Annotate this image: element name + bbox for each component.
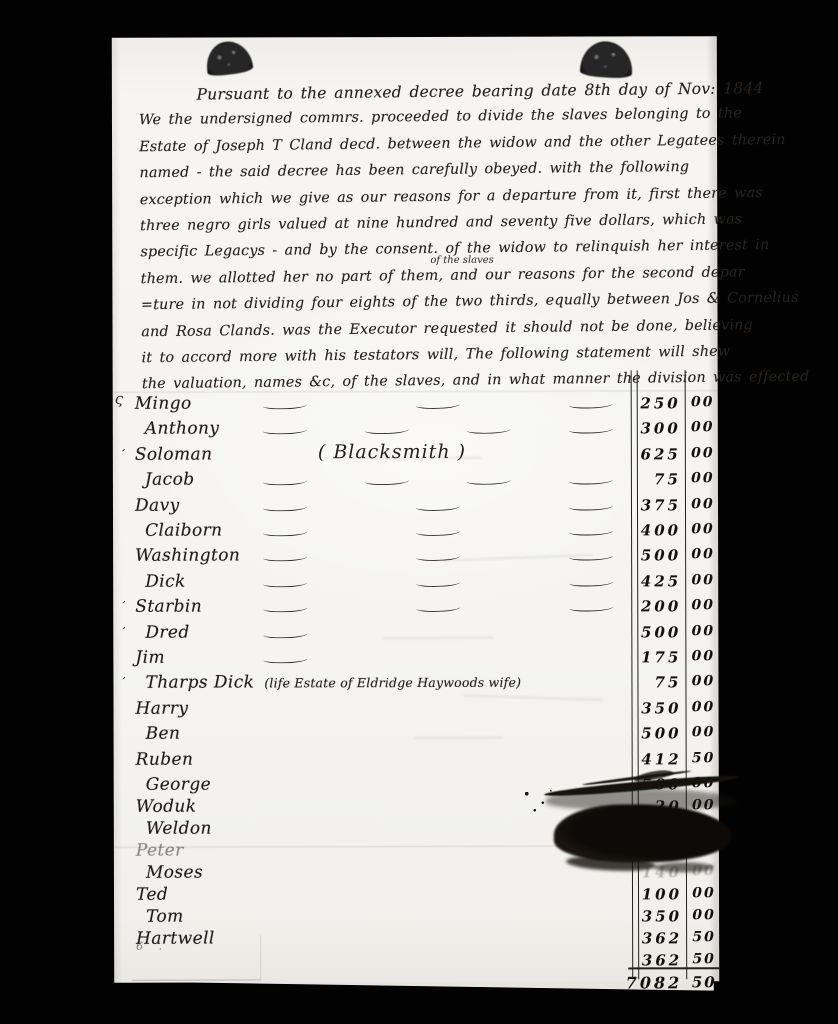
leader-dash [416,504,460,510]
document-page: Pursuant to the annexed decree bearing d… [112,36,719,983]
person-name: Tharps Dick(life Estate of Eldridge Hayw… [145,672,521,693]
value-cents: 00 [689,699,717,715]
person-name-text: Soloman [135,444,213,464]
dash-leaders [263,606,613,613]
table-row: Anthony 300 00 [113,418,718,444]
value-cents: 50 [690,929,718,945]
person-name-text: Jacob [145,470,195,490]
leader-dash [416,606,460,612]
leader-dash [263,479,307,485]
leader-dash [416,581,460,587]
scan-background: Pursuant to the annexed decree bearing d… [0,0,838,1024]
person-name-text: Peter [136,841,184,861]
leader-dash [569,606,613,612]
value-cents: 00 [689,521,717,537]
person-name: Weldon [146,819,212,839]
value-dollars: 75 [637,470,681,488]
leader-dash [569,479,613,485]
total-separator-rule [628,967,719,969]
value-dollars: 350 [638,907,682,925]
person-name-text: Jim [135,648,165,668]
person-name-text: Weldon [146,819,212,839]
dash-leaders [263,657,353,663]
person-name: Ruben [136,749,194,769]
leader-dash [416,403,460,409]
leader-dash [263,632,307,638]
leader-dash [263,403,307,409]
person-name: Davy [135,495,180,515]
value-cents: 00 [689,394,717,410]
value-cents: 00 [689,445,717,461]
margin-tick: ’ [120,675,127,688]
person-name: Hartwell [136,929,215,949]
value-cents: 00 [689,648,717,664]
leader-dash [569,428,613,434]
leader-dash [569,504,613,510]
person-name: Dick [145,571,186,591]
value-dollars: 400 [637,521,681,539]
table-row: Davy 375 00 [113,494,718,520]
person-name-text: Woduk [136,797,197,817]
value-dollars: 350 [637,699,681,717]
person-name: Woduk [136,797,197,817]
margin-tick: ’ [120,624,127,637]
person-name: Ted [136,885,168,905]
person-name: Starbin [135,597,202,617]
value-dollars: 100 [638,885,682,903]
person-name: George [146,775,211,795]
leader-dash [263,556,307,562]
leader-dash [569,529,613,535]
value-dollars: 200 [637,597,681,615]
value-cents: 00 [690,885,718,901]
person-name-text: Mingo [135,394,192,414]
leader-dash [263,530,307,536]
dash-leaders [263,479,613,486]
value-dollars: 412 [638,750,682,768]
row-note: (life Estate of Eldridge Haywoods wife) [264,675,521,691]
dash-leaders [263,555,613,562]
value-dollars: 500 [637,623,681,641]
person-name: Ben [146,724,181,744]
person-name: Peter [136,841,184,861]
table-row: Claiborn 400 00 [113,519,718,545]
leader-dash [263,581,307,587]
occupation-note: ( Blacksmith ) [318,441,466,463]
person-name: Tom [146,907,184,927]
ink-spatter [519,785,559,815]
table-row: Harry 350 00 [113,697,718,723]
leader-dash [416,555,460,561]
person-name-text: Washington [135,546,240,566]
person-name: Anthony [145,419,220,439]
table-row: ’ Tharps Dick(life Estate of Eldridge Ha… [113,672,718,698]
dash-leaders [263,428,613,435]
table-row: Ben 500 00 [114,722,719,748]
leader-dash [263,657,307,663]
value-cents: 00 [690,724,718,740]
value-dollars: 425 [637,572,681,590]
table-row: ’ Soloman ( Blacksmith ) 625 00 [113,443,718,469]
person-name-text: Hartwell [136,929,215,949]
margin-tick: ’ [120,599,127,612]
person-name-text: Claiborn [145,521,222,541]
margin-tick: ’ [119,446,126,459]
person-name-text: Ben [146,724,181,744]
leader-dash [365,428,409,434]
dash-leaders [263,632,353,638]
person-name: Jacob [145,470,195,490]
value-cents: 50 [690,951,718,967]
leader-dash [467,479,511,485]
table-row: Ruben 412 50 [114,748,719,774]
dash-leaders [263,504,613,511]
value-cents: 00 [689,470,717,486]
leader-dash [263,429,307,435]
person-name-text: Tharps Dick [145,673,254,693]
leader-dash [467,428,511,434]
person-name-text: Harry [135,698,188,718]
leader-dash [569,580,613,586]
person-name: Jim [135,648,165,668]
leader-dash [569,402,613,408]
value-dollars: 362 [638,929,682,947]
person-name-text: Anthony [145,419,220,439]
value-cents: 00 [689,597,717,613]
person-name: Washington [135,546,240,566]
table-row: Jim 175 00 [113,646,718,672]
value-dollars: 75 [637,674,681,692]
table-row: ς Mingo 250 00 [113,392,718,418]
dash-leaders [263,402,613,409]
person-name-text: Dred [145,622,189,642]
person-name: Mingo [135,394,192,414]
person-name-text: Ruben [136,749,194,769]
value-dollars: 500 [637,547,681,565]
value-cents: 50 [690,750,718,766]
leader-dash [416,530,460,536]
person-name: Harry [135,698,188,718]
person-name: Claiborn [145,521,222,541]
person-name-text: Davy [135,495,180,515]
table-row: ’ Starbin 200 00 [113,595,718,621]
table-row: Dick 425 00 [113,570,718,596]
person-name-text: Starbin [135,597,202,617]
person-name-text: Ted [136,885,168,905]
leader-dash [263,505,307,511]
person-name-text: Dick [145,571,186,591]
leader-dash [569,555,613,561]
table-row: Washington 500 00 [113,545,718,571]
value-cents: 00 [689,674,717,690]
value-cents: 00 [690,907,718,923]
leader-dash [263,606,307,612]
person-name: Moses [146,863,203,883]
person-name-text: Moses [146,863,203,883]
value-dollars: 500 [638,724,682,742]
table-row: ’ Dred 500 00 [113,621,718,647]
value-dollars: 375 [637,496,681,514]
value-cents: 00 [689,420,717,436]
value-cents: 00 [689,496,717,512]
interlinear-insertion: of the slaves [430,255,493,266]
leader-dash [365,479,409,485]
table-row: Jacob 75 00 [113,468,718,494]
table-row: 362 50 [114,949,719,975]
dash-leaders [263,580,613,587]
value-dollars: 250 [637,394,681,412]
value-cents: 00 [689,572,717,588]
margin-flourish: ς [115,390,123,408]
value-cents: 00 [689,547,717,563]
value-dollars: 175 [637,648,681,666]
value-cents: 00 [689,623,717,639]
person-name-text: Tom [146,907,184,927]
person-name: Soloman [135,444,213,464]
person-name-text: George [146,775,211,795]
value-dollars: 625 [637,445,681,463]
dash-leaders [263,529,613,536]
person-name: Dred [145,622,189,642]
value-dollars: 300 [637,420,681,438]
